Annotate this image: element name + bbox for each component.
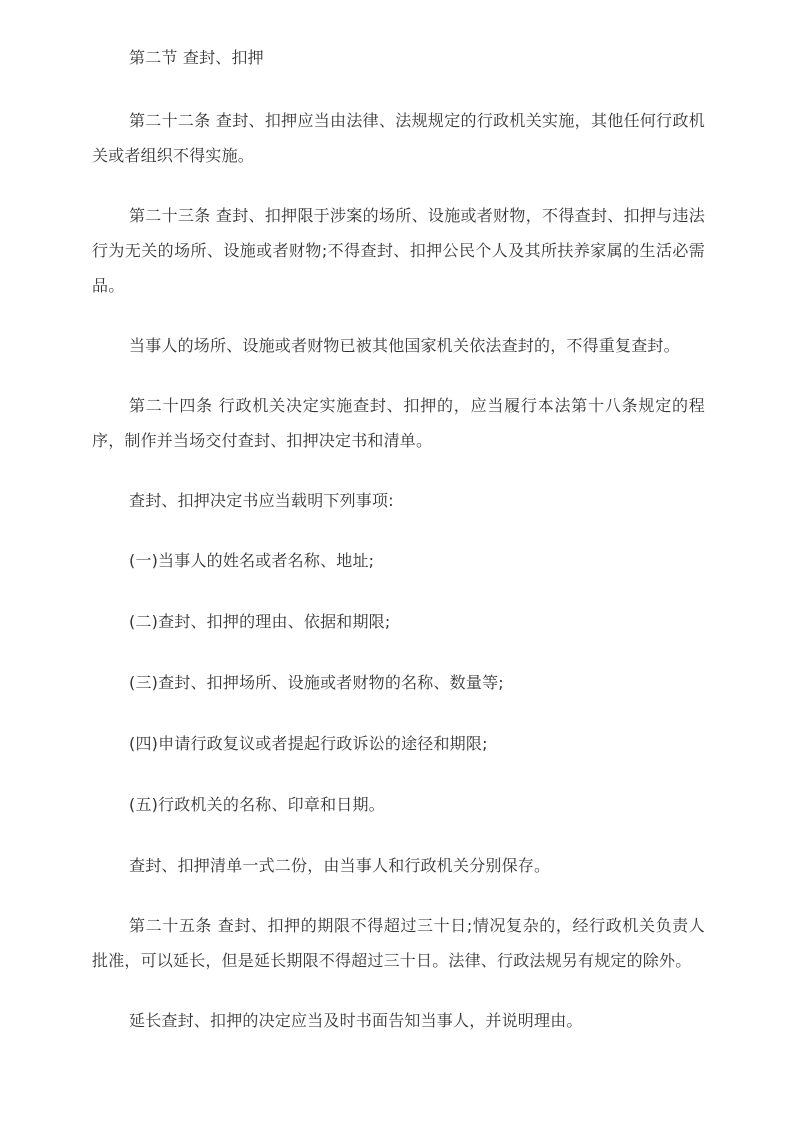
section-title: 第二节 查封、扣押	[92, 40, 705, 75]
article-25-paragraph: 第二十五条 查封、扣押的期限不得超过三十日;情况复杂的，经行政机关负责人批准，可…	[92, 908, 705, 978]
list-item: (三)查封、扣押场所、设施或者财物的名称、数量等;	[92, 665, 705, 700]
decision-items-intro: 查封、扣押决定书应当载明下列事项:	[92, 483, 705, 518]
document-page: 第二节 查封、扣押 第二十二条 查封、扣押应当由法律、法规规定的行政机关实施，其…	[92, 40, 705, 1063]
article-24-paragraph: 第二十四条 行政机关决定实施查封、扣押的，应当履行本法第十八条规定的程序，制作并…	[92, 388, 705, 458]
inventory-paragraph: 查封、扣押清单一式二份，由当事人和行政机关分别保存。	[92, 848, 705, 883]
article-22-paragraph: 第二十二条 查封、扣押应当由法律、法规规定的行政机关实施，其他任何行政机关或者组…	[92, 103, 705, 173]
list-item: (四)申请行政复议或者提起行政诉讼的途径和期限;	[92, 726, 705, 761]
list-item: (二)查封、扣押的理由、依据和期限;	[92, 604, 705, 639]
article-23-paragraph: 第二十三条 查封、扣押限于涉案的场所、设施或者财物，不得查封、扣押与违法行为无关…	[92, 198, 705, 303]
repeat-seal-paragraph: 当事人的场所、设施或者财物已被其他国家机关依法查封的，不得重复查封。	[92, 328, 705, 363]
list-item: (一)当事人的姓名或者名称、地址;	[92, 543, 705, 578]
extension-notice-paragraph: 延长查封、扣押的决定应当及时书面告知当事人，并说明理由。	[92, 1003, 705, 1038]
list-item: (五)行政机关的名称、印章和日期。	[92, 787, 705, 822]
